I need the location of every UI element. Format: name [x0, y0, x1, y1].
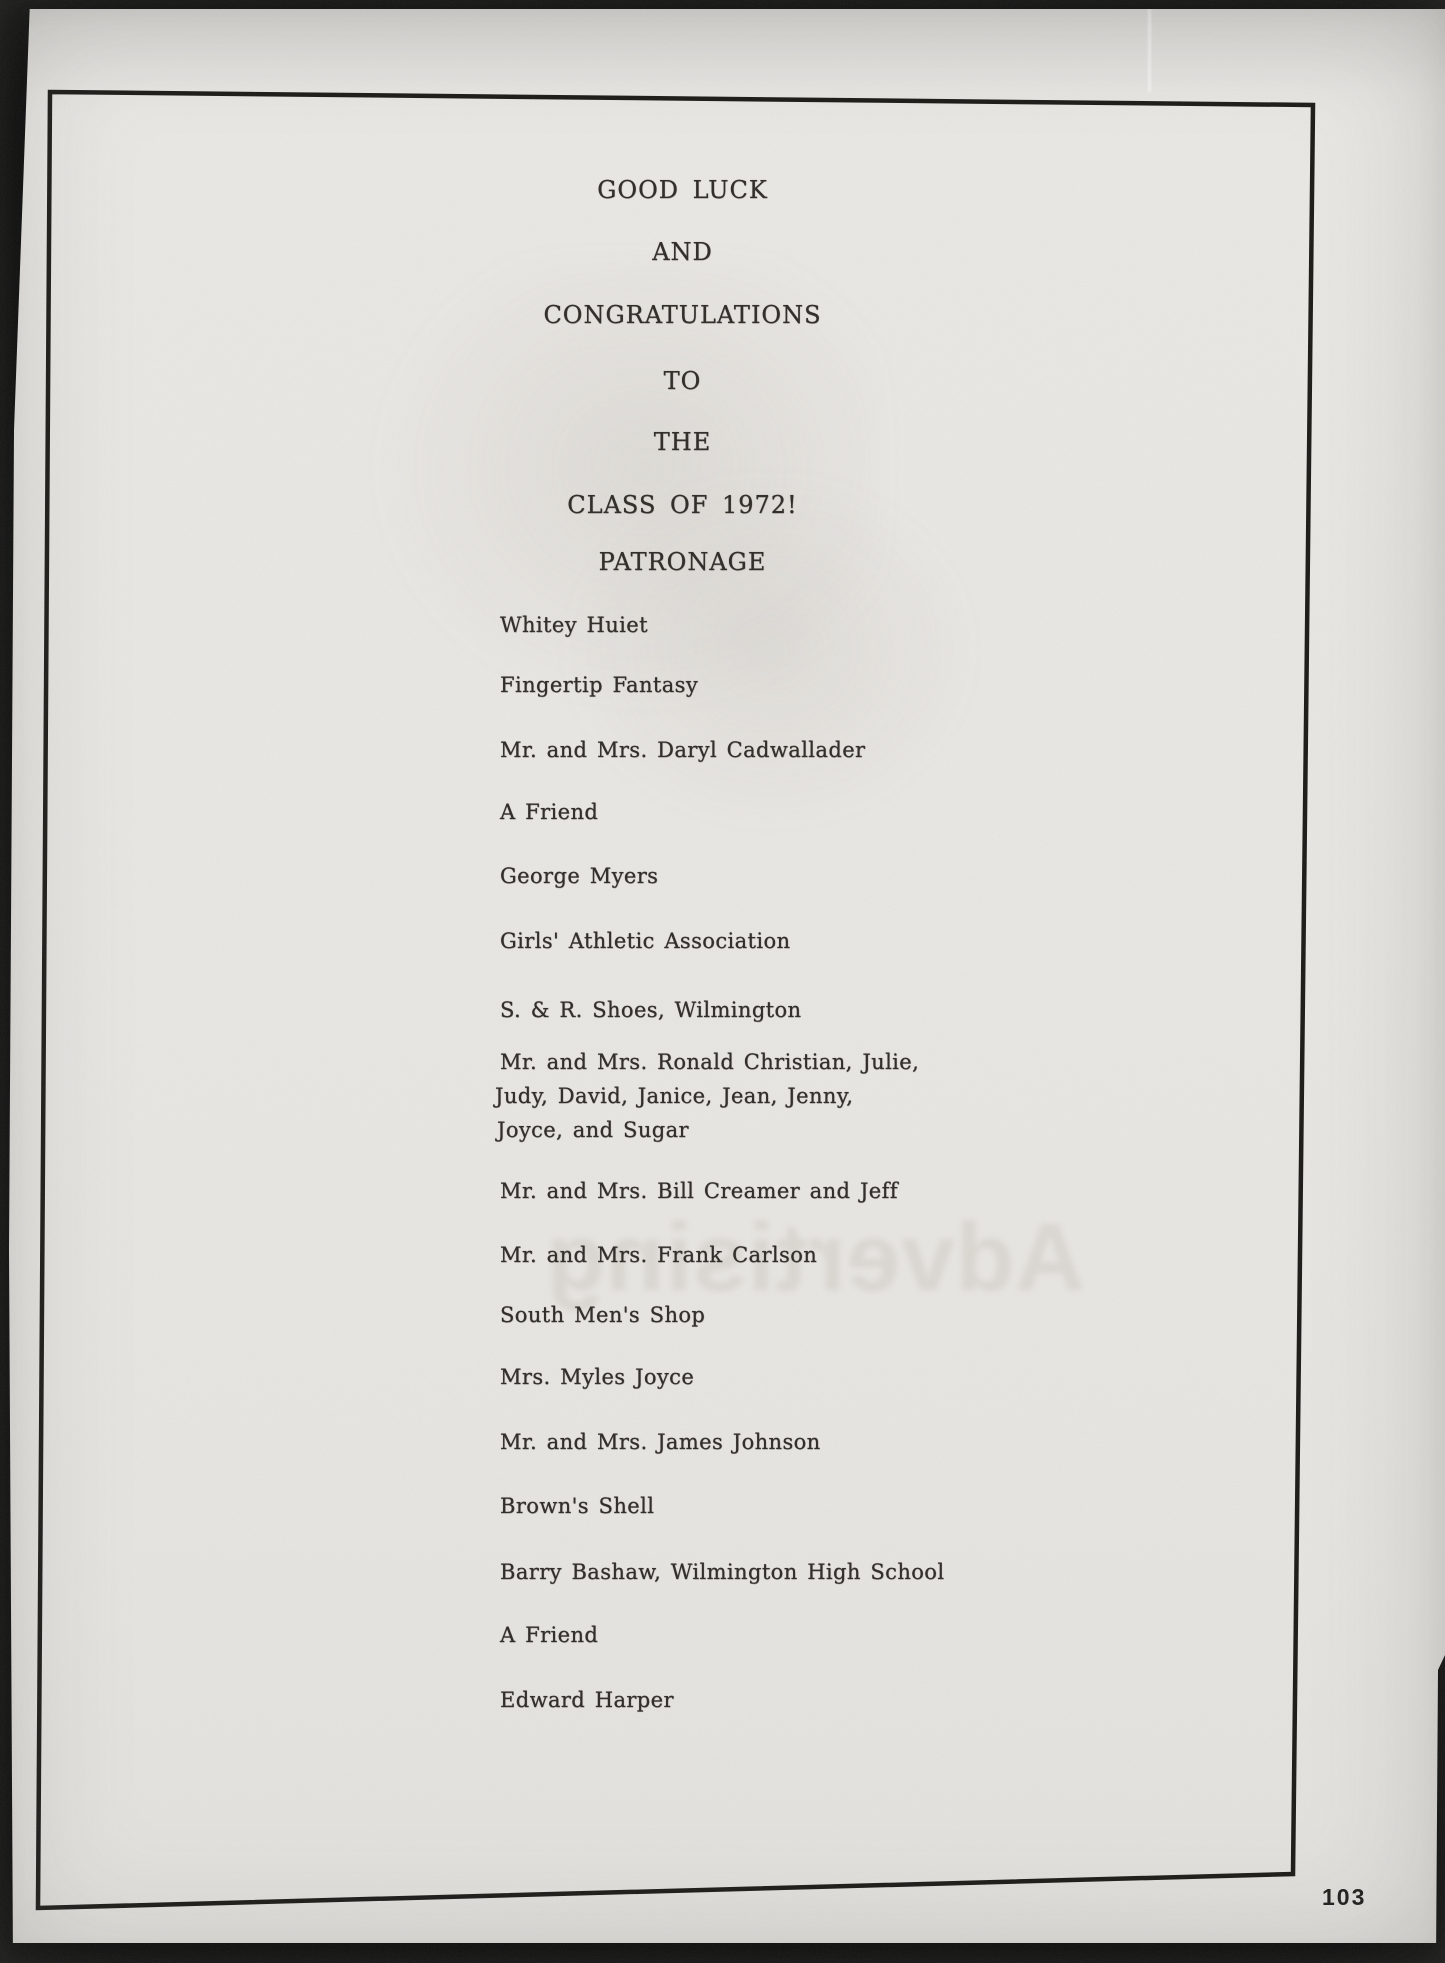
page-number: 103 [1322, 1884, 1366, 1911]
scan-light-streak [1148, 0, 1151, 92]
patron-line: Fingertip Fantasy [500, 670, 698, 700]
scan-edge-right [1436, 1655, 1445, 1963]
patron-line: Judy, David, Janice, Jean, Jenny, [495, 1081, 853, 1111]
patron-line: Brown's Shell [500, 1491, 654, 1521]
patron-line: Mrs. Myles Joyce [500, 1362, 694, 1392]
scan-edge-bottom [0, 1943, 1445, 1963]
patron-line: George Myers [500, 861, 658, 891]
patron-line: Mr. and Mrs. James Johnson [500, 1427, 821, 1457]
heading-good-luck: GOOD LUCK [40, 175, 1325, 205]
patron-line: Barry Bashaw, Wilmington High School [500, 1557, 944, 1587]
patron-line: Mr. and Mrs. Daryl Cadwallader [500, 735, 865, 765]
patron-line: Girls' Athletic Association [500, 926, 790, 956]
paper-grain-texture [0, 0, 1445, 1963]
heading-patronage: PATRONAGE [40, 547, 1325, 577]
patron-line: Mr. and Mrs. Frank Carlson [500, 1240, 817, 1270]
scan-top-shading [0, 0, 1445, 92]
patron-line: Whitey Huiet [500, 610, 648, 640]
scan-artifacts-layer [0, 0, 1445, 1963]
photo-bleedthrough-blob [560, 470, 980, 830]
patron-line: Mr. and Mrs. Ronald Christian, Julie, [500, 1047, 919, 1077]
patron-line: Edward Harper [500, 1685, 674, 1715]
heading-congratulations: CONGRATULATIONS [40, 300, 1325, 330]
patron-line: S. & R. Shoes, Wilmington [500, 995, 801, 1025]
patron-line: Joyce, and Sugar [497, 1115, 689, 1145]
scan-vignette [0, 0, 1445, 1963]
patron-line: Mr. and Mrs. Bill Creamer and Jeff [500, 1176, 898, 1206]
heading-and: AND [40, 237, 1325, 267]
patron-line: South Men's Shop [500, 1300, 705, 1330]
patron-line: A Friend [500, 1620, 598, 1650]
heading-the: THE [40, 427, 1325, 457]
heading-to: TO [40, 366, 1325, 396]
scanned-yearbook-page: Advertising GOOD LUCK AND CONGRATULATION… [0, 0, 1445, 1963]
scan-edge-left [0, 0, 30, 1963]
patron-line: A Friend [500, 797, 598, 827]
heading-class-of-1972: CLASS OF 1972! [40, 490, 1325, 520]
